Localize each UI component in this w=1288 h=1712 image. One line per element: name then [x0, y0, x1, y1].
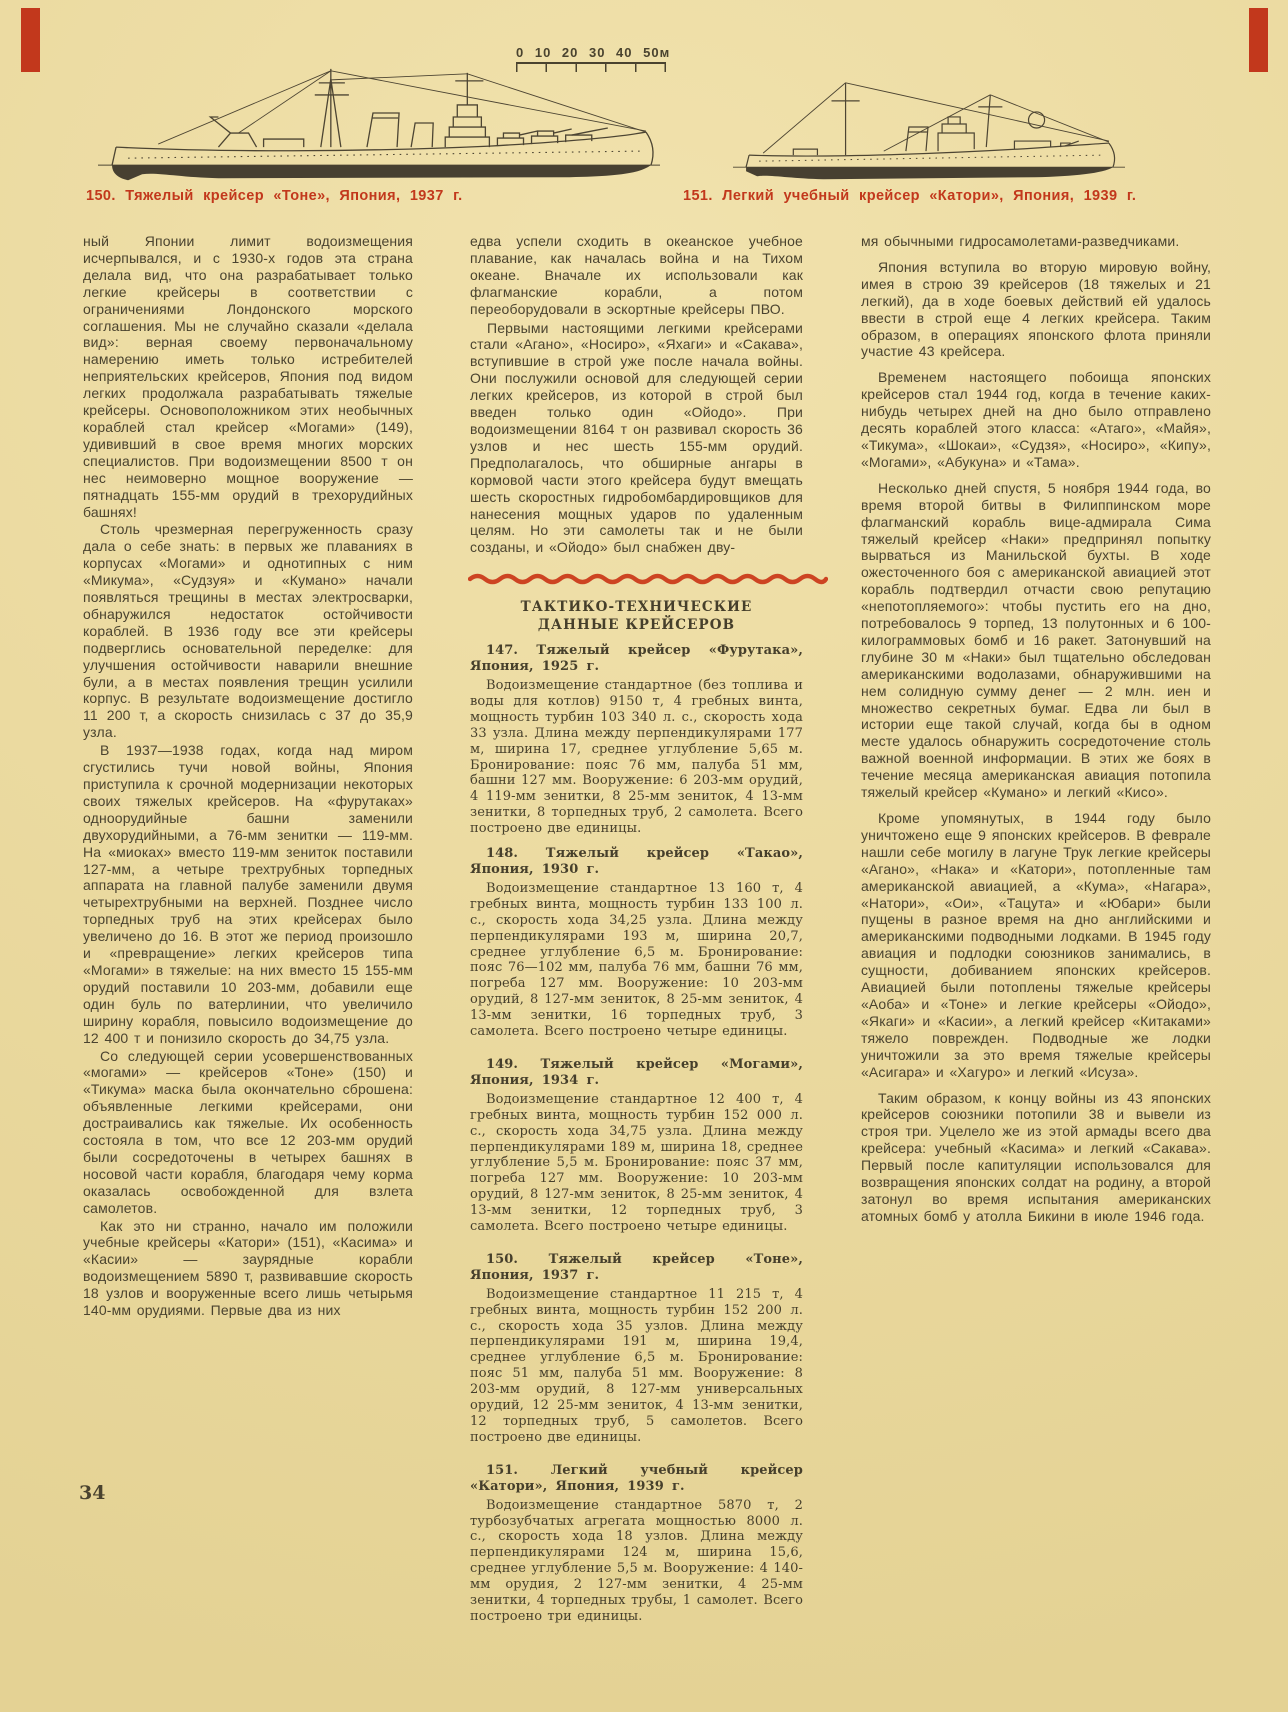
column-right: мя обычными гидросамолетами-разведчиками…: [861, 233, 1211, 1225]
left-paragraph: Как это ни странно, начало им положили у…: [83, 1218, 413, 1319]
spec-entry-heading: 150. Тяжелый крейсер «Тоне», Япония, 193…: [470, 1252, 803, 1284]
red-corner-mark-left: [21, 8, 40, 72]
data-section-title-line1: ТАКТИКО-ТЕХНИЧЕСКИЕ: [470, 599, 803, 617]
wavy-divider: [468, 572, 828, 586]
right-paragraph: Временем настоящего побоища японских кре…: [861, 369, 1211, 470]
spec-entry-149: 149. Тяжелый крейсер «Могами», Япония, 1…: [470, 1057, 803, 1235]
spec-entry-body: Водоизмещение стандартное 11 215 т, 4 гр…: [470, 1287, 803, 1446]
spec-entry-148: 148. Тяжелый крейсер «Такао», Япония, 19…: [470, 846, 803, 1040]
left-paragraph: Столь чрезмерная перегруженность сразу д…: [83, 521, 413, 741]
right-paragraph: Япония вступила во вторую мировую войну,…: [861, 259, 1211, 360]
spec-entry-body: Водоизмещение стандартное 13 160 т, 4 гр…: [470, 881, 803, 1040]
page-number: 34: [79, 1482, 105, 1504]
right-paragraph: Таким образом, к концу войны из 43 японс…: [861, 1090, 1211, 1225]
column-middle: едва успели сходить в океанское учебное …: [470, 233, 803, 1625]
spec-entry-body: Водоизмещение стандартное (без топлива и…: [470, 678, 803, 837]
right-paragraph: мя обычными гидросамолетами-разведчиками…: [861, 233, 1211, 250]
spec-entry-147: 147. Тяжелый крейсер «Фурутака», Япония,…: [470, 643, 803, 837]
spec-entry-heading: 151. Легкий учебный крейсер «Катори», Яп…: [470, 1463, 803, 1495]
red-corner-mark-right: [1249, 8, 1268, 72]
right-paragraph: Кроме упомянутых, в 1944 году было уничт…: [861, 810, 1211, 1081]
left-paragraph: ный Японии лимит водоизмещения исчерпыва…: [83, 233, 413, 520]
column-left: ный Японии лимит водоизмещения исчерпыва…: [83, 233, 413, 1319]
spec-entry-body: Водоизмещение стандартное 12 400 т, 4 гр…: [470, 1092, 803, 1235]
spec-entry-heading: 148. Тяжелый крейсер «Такао», Япония, 19…: [470, 846, 803, 878]
text-columns: ный Японии лимит водоизмещения исчерпыва…: [83, 233, 1211, 1625]
spec-entry-heading: 147. Тяжелый крейсер «Фурутака», Япония,…: [470, 643, 803, 675]
middle-paragraph: едва успели сходить в океанское учебное …: [470, 233, 803, 318]
data-section-title-line2: ДАННЫЕ КРЕЙСЕРОВ: [470, 617, 803, 635]
katori-ship-drawing: [733, 66, 1125, 190]
left-paragraph: Со следующей серии усовершенствованных «…: [83, 1048, 413, 1217]
right-paragraph: Несколько дней спустя, 5 ноября 1944 год…: [861, 480, 1211, 801]
spec-entry-body: Водоизмещение стандартное 5870 т, 2 турб…: [470, 1498, 803, 1625]
figure-caption-151: 151. Легкий учебный крейсер «Катори», Яп…: [683, 188, 1136, 204]
magazine-page: 0 10 20 30 40 50м: [0, 0, 1288, 1712]
middle-paragraph: Первыми настоящими легкими крейсерами ст…: [470, 320, 803, 557]
spec-entry-151: 151. Легкий учебный крейсер «Катори», Яп…: [470, 1463, 803, 1625]
spec-entry-150: 150. Тяжелый крейсер «Тоне», Япония, 193…: [470, 1252, 803, 1446]
figure-caption-150: 150. Тяжелый крейсер «Тоне», Япония, 193…: [86, 188, 463, 204]
left-paragraph: В 1937—1938 годах, когда над миром сгуст…: [83, 742, 413, 1046]
spec-entry-heading: 149. Тяжелый крейсер «Могами», Япония, 1…: [470, 1057, 803, 1089]
tone-ship-drawing: [98, 46, 660, 188]
data-section-title: ТАКТИКО-ТЕХНИЧЕСКИЕ ДАННЫЕ КРЕЙСЕРОВ: [470, 599, 803, 634]
